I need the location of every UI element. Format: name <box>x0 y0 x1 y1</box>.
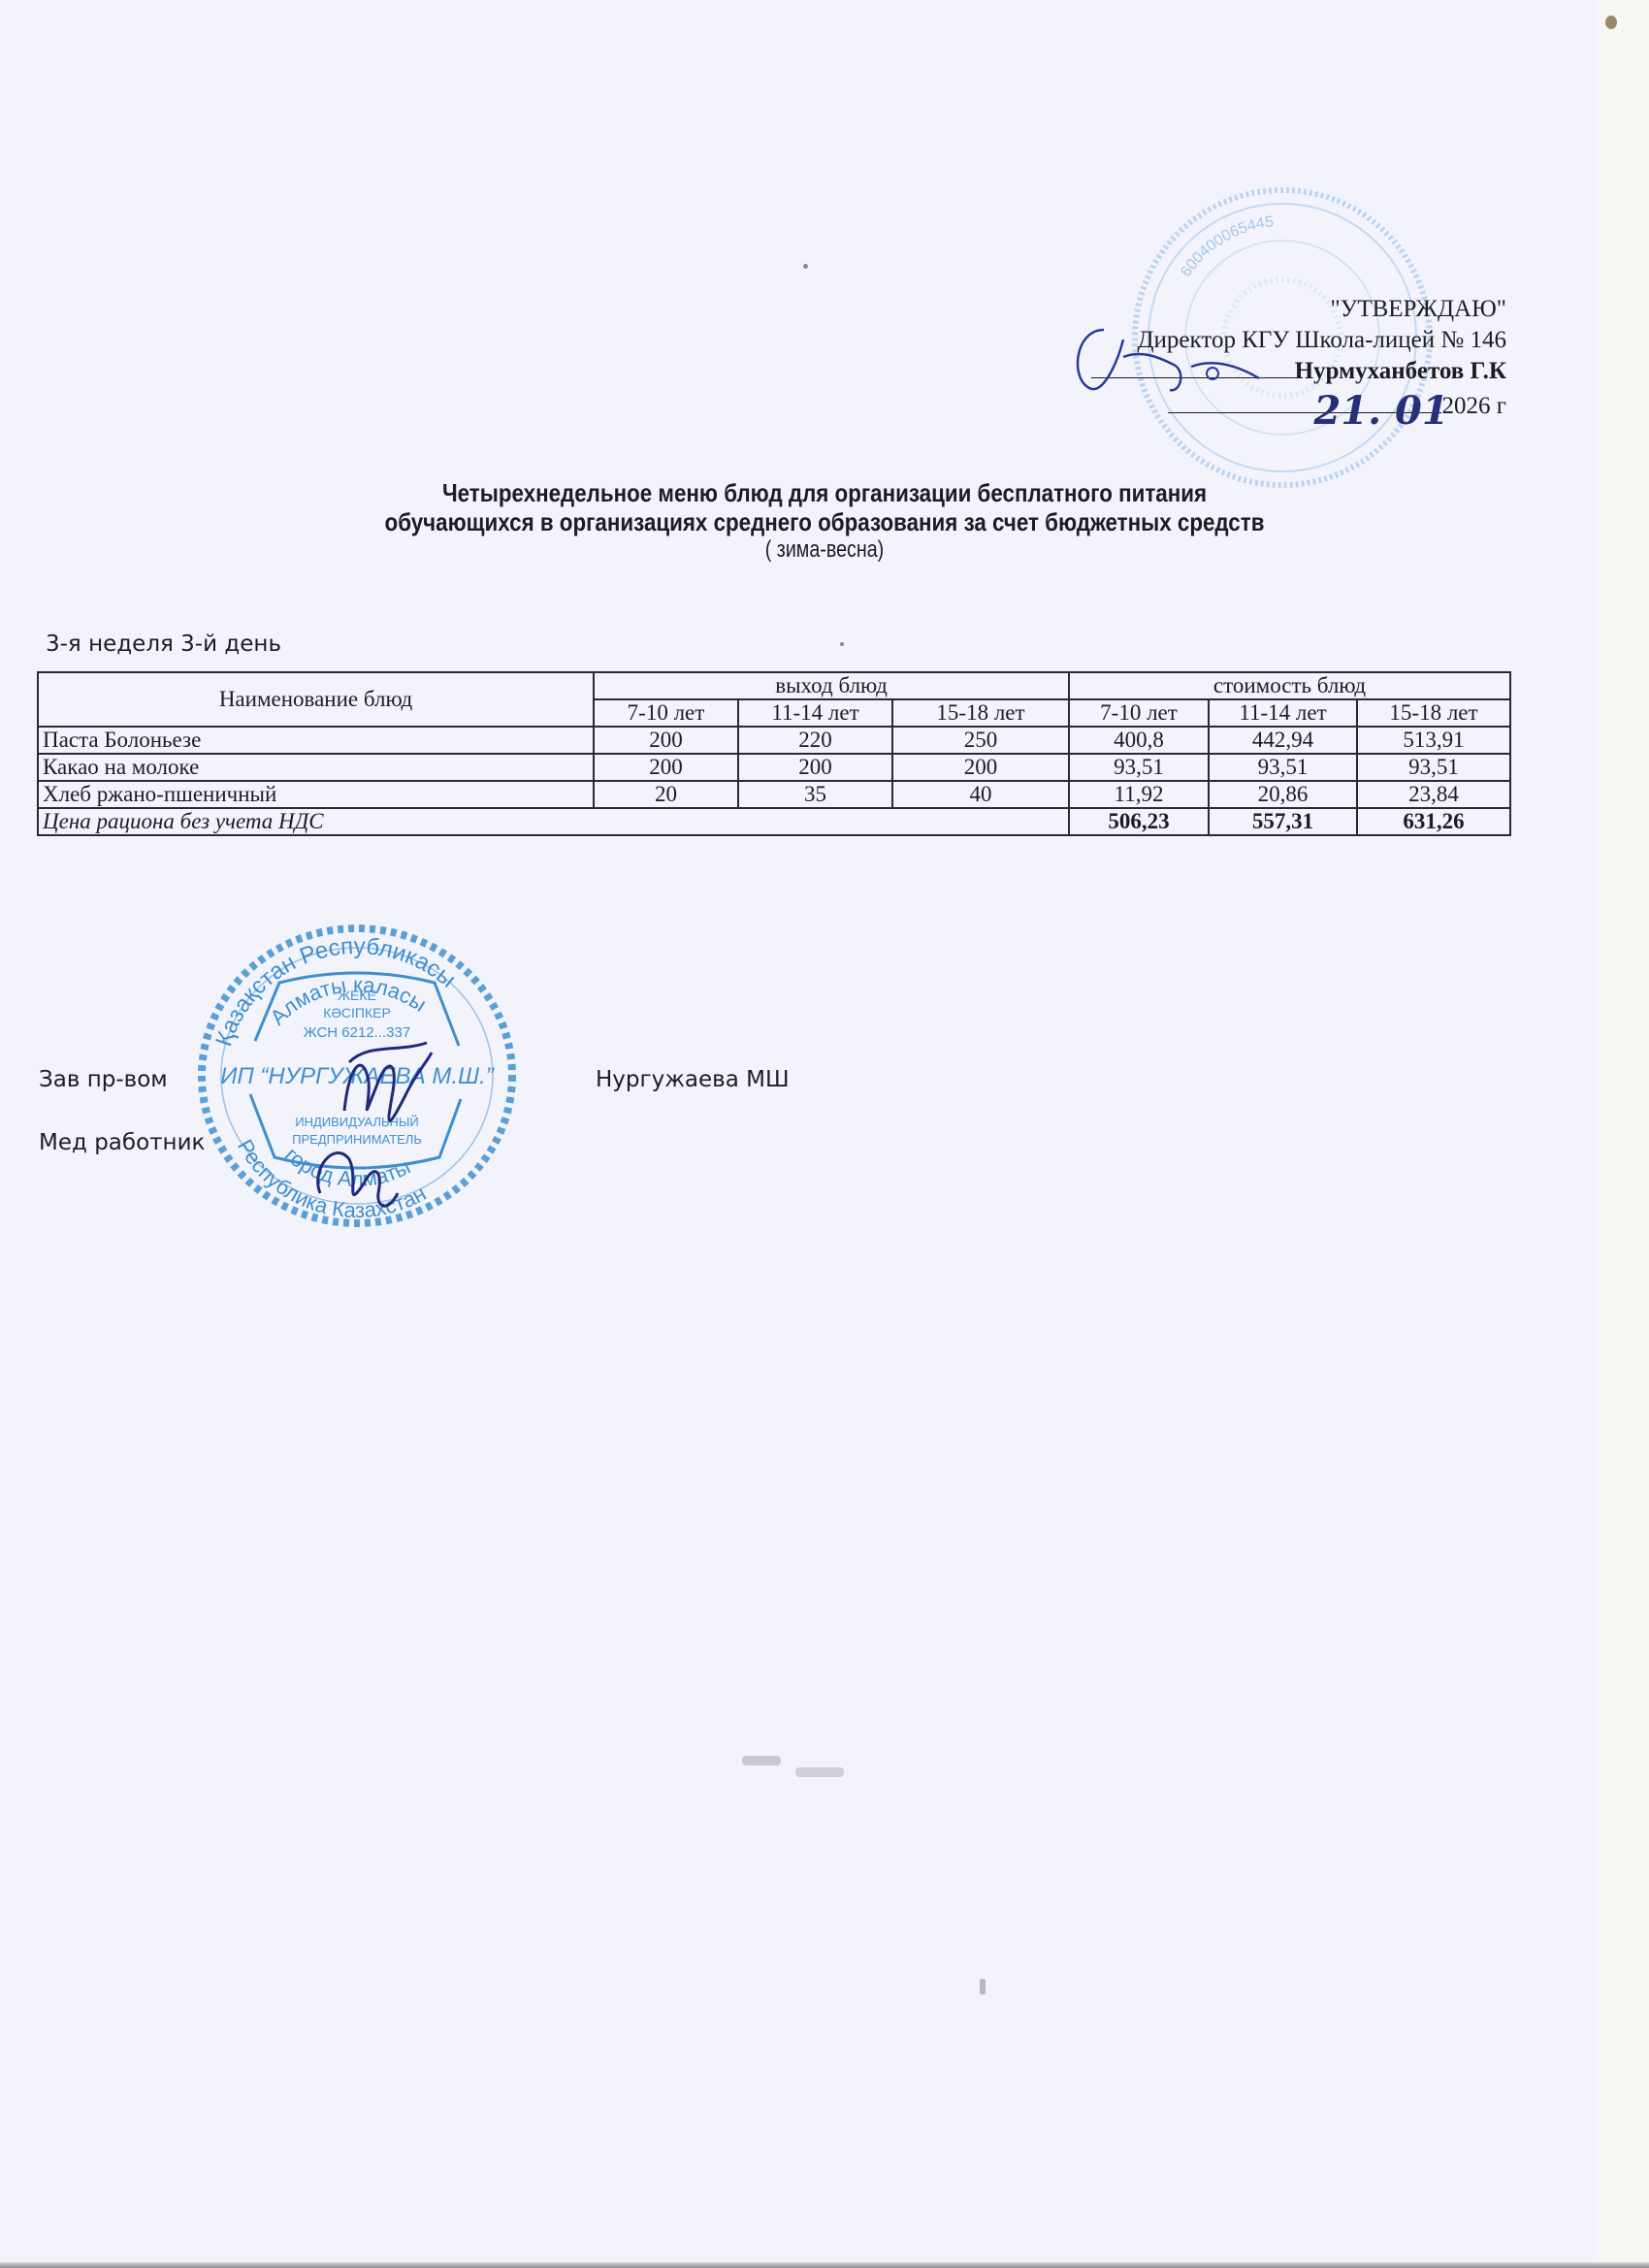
svg-text:600400065445: 600400065445 <box>1178 213 1275 279</box>
table-row: Паста Болоньезе 200 220 250 400,8 442,94… <box>38 727 1510 754</box>
dish-name: Какао на молоке <box>38 754 594 781</box>
production-head-label: Зав пр-вом <box>39 1067 168 1092</box>
cost-15-18: 23,84 <box>1357 781 1510 808</box>
column-header-yield-15-18: 15-18 лет <box>892 699 1069 727</box>
scan-speck <box>795 1767 844 1777</box>
yield-15-18: 200 <box>892 754 1069 781</box>
date-line: 21. 01 <box>1168 412 1441 413</box>
scan-speck <box>1605 16 1617 29</box>
column-group-yield: выход блюд <box>594 672 1069 699</box>
scan-speck <box>742 1756 781 1766</box>
director-signature-icon <box>1065 320 1269 398</box>
menu-table: Наименование блюд выход блюд стоимость б… <box>37 671 1511 836</box>
column-header-cost-11-14: 11-14 лет <box>1209 699 1357 727</box>
yield-7-10: 200 <box>594 727 738 754</box>
yield-15-18: 40 <box>892 781 1069 808</box>
yield-7-10: 20 <box>594 781 738 808</box>
yield-11-14: 220 <box>738 727 892 754</box>
scan-speck <box>980 1979 986 1994</box>
column-header-dish-name: Наименование блюд <box>38 672 594 727</box>
cost-7-10: 93,51 <box>1069 754 1209 781</box>
page-edge-shadow <box>0 2262 1649 2268</box>
total-7-10: 506,23 <box>1069 808 1209 835</box>
heading-season: ( зима-весна) <box>148 536 1501 564</box>
cost-11-14: 93,51 <box>1209 754 1357 781</box>
cost-15-18: 93,51 <box>1357 754 1510 781</box>
table-row: Хлеб ржано-пшеничный 20 35 40 11,92 20,8… <box>38 781 1510 808</box>
stamp-number: 600400065445 <box>1178 213 1275 279</box>
table-total-row: Цена рациона без учета НДС 506,23 557,31… <box>38 808 1510 835</box>
heading-line-2: обучающихся в организациях среднего обра… <box>115 507 1534 536</box>
yield-11-14: 200 <box>738 754 892 781</box>
dish-name: Хлеб ржано-пшеничный <box>38 781 594 808</box>
signature-scribble-icon <box>291 1023 436 1217</box>
scan-speck <box>803 264 808 269</box>
stamp-inner-top: Алматы қаласы <box>265 972 431 1029</box>
stamp-line-2: КӘСІПКЕР <box>323 1005 391 1021</box>
document-heading: Четырехнедельное меню блюд для организац… <box>0 478 1649 564</box>
page-edge <box>1599 0 1649 2268</box>
total-15-18: 631,26 <box>1357 808 1510 835</box>
week-day-label: 3-я неделя 3-й день <box>46 632 281 657</box>
yield-7-10: 200 <box>594 754 738 781</box>
column-header-cost-7-10: 7-10 лет <box>1069 699 1209 727</box>
cost-7-10: 400,8 <box>1069 727 1209 754</box>
yield-11-14: 35 <box>738 781 892 808</box>
medic-label: Мед работник <box>39 1130 205 1155</box>
cost-11-14: 20,86 <box>1209 781 1357 808</box>
column-header-cost-15-18: 15-18 лет <box>1357 699 1510 727</box>
cost-7-10: 11,92 <box>1069 781 1209 808</box>
scan-speck <box>840 642 844 646</box>
cost-15-18: 513,91 <box>1357 727 1510 754</box>
svg-text:Алматы қаласы: Алматы қаласы <box>265 972 431 1029</box>
total-label: Цена рациона без учета НДС <box>38 808 1069 835</box>
column-header-yield-11-14: 11-14 лет <box>738 699 892 727</box>
table-row: Какао на молоке 200 200 200 93,51 93,51 … <box>38 754 1510 781</box>
handwritten-date: 21. 01 <box>1313 397 1448 426</box>
production-head-name: Нургужаева МШ <box>596 1067 790 1092</box>
yield-15-18: 250 <box>892 727 1069 754</box>
approval-year: 2026 г <box>1441 393 1506 419</box>
heading-line-1: Четырехнедельное меню блюд для организац… <box>115 478 1534 507</box>
stamp-line-1: ЖЕКЕ <box>338 988 376 1003</box>
total-11-14: 557,31 <box>1209 808 1357 835</box>
column-header-yield-7-10: 7-10 лет <box>594 699 738 727</box>
dish-name: Паста Болоньезе <box>38 727 594 754</box>
approver-name: Нурмуханбетов Г.К <box>1295 358 1506 384</box>
cost-11-14: 442,94 <box>1209 727 1357 754</box>
approval-title: "УТВЕРЖДАЮ" <box>1330 295 1506 324</box>
column-group-cost: стоимость блюд <box>1069 672 1510 699</box>
